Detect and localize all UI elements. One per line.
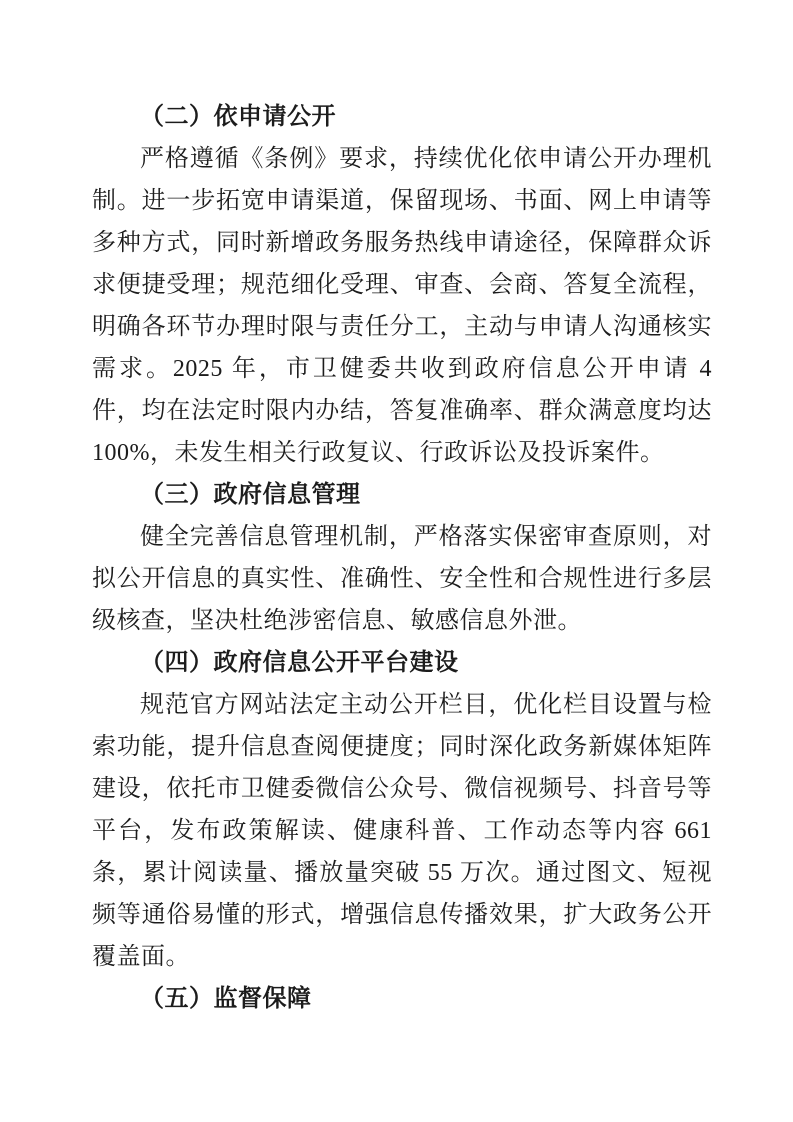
section-heading-xinxi-guanli: （三）政府信息管理 xyxy=(92,474,712,516)
section-heading-jiandu-baozhang: （五）监督保障 xyxy=(92,978,712,1020)
section-heading-pingtai-jianshe: （四）政府信息公开平台建设 xyxy=(92,642,712,684)
paragraph-xinxi-guanli: 健全完善信息管理机制，严格落实保密审查原则，对拟公开信息的真实性、准确性、安全性… xyxy=(92,516,712,642)
section-heading-yishenqing-gongkai: （二）依申请公开 xyxy=(92,96,712,138)
paragraph-yishenqing-gongkai: 严格遵循《条例》要求，持续优化依申请公开办理机制。进一步拓宽申请渠道，保留现场、… xyxy=(92,138,712,474)
document-page: （二）依申请公开 严格遵循《条例》要求，持续优化依申请公开办理机制。进一步拓宽申… xyxy=(0,0,793,1122)
document-content: （二）依申请公开 严格遵循《条例》要求，持续优化依申请公开办理机制。进一步拓宽申… xyxy=(92,96,712,1020)
paragraph-pingtai-jianshe: 规范官方网站法定主动公开栏目，优化栏目设置与检索功能，提升信息查阅便捷度；同时深… xyxy=(92,684,712,978)
